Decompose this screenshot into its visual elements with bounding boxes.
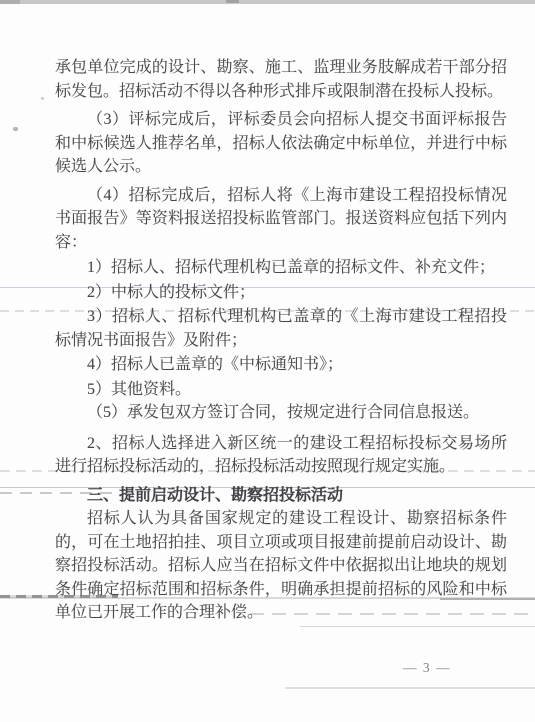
body-paragraph-item-5: （5）承发包双方签订合同，按规定进行合同信息报送。 bbox=[55, 401, 507, 425]
document-body: 承包单位完成的设计、勘察、施工、监理业务肢解成若干部分招标发包。招标活动不得以各… bbox=[55, 56, 507, 625]
scan-streak bbox=[285, 687, 535, 689]
body-list-item-5: 5）其他资料。 bbox=[55, 378, 507, 402]
body-paragraph-clause-2: 2、招标人选择进入新区统一的建设工程招标投标交易场所进行招标投标活动的，招标投标… bbox=[55, 432, 507, 479]
scan-speck bbox=[41, 97, 44, 100]
scan-streak bbox=[300, 626, 535, 627]
scanned-document-page: 承包单位完成的设计、勘察、施工、监理业务肢解成若干部分招标发包。招标活动不得以各… bbox=[0, 0, 535, 722]
scan-artifact-top-edge-dash bbox=[226, 0, 239, 3]
scan-speck bbox=[13, 127, 18, 131]
body-list-item-3: 3）招标人、招标代理机构已盖章的《上海市建设工程招投标情况书面报告》及附件； bbox=[55, 305, 507, 352]
section-heading: 三、提前启动设计、勘察招投标活动 bbox=[55, 484, 507, 508]
scan-artifact-top-edge bbox=[0, 0, 535, 4]
body-paragraph-item-4: （4）招标完成后，招标人将《上海市建设工程招投标情况书面报告》等资料报送招投标监… bbox=[55, 184, 507, 255]
body-paragraph-item-3: （3）评标完成后，评标委员会向招标人提交书面评标报告和中标候选人推荐名单，招标人… bbox=[55, 108, 507, 179]
body-paragraph-continuation: 承包单位完成的设计、勘察、施工、监理业务肢解成若干部分招标发包。招标活动不得以各… bbox=[55, 56, 507, 103]
body-list-item-4: 4）招标人已盖章的《中标通知书》； bbox=[55, 353, 507, 377]
body-list-item-2: 2）中标人的投标文件； bbox=[55, 281, 507, 305]
page-number: — 3 — bbox=[396, 660, 458, 676]
body-paragraph-section-3: 招标人认为具备国家规定的建设工程设计、勘察招标条件的，可在土地招拍挂、项目立项或… bbox=[55, 507, 507, 625]
body-list-item-1: 1）招标人、招标代理机构已盖章的招标文件、补充文件； bbox=[55, 256, 507, 280]
scan-artifact-top-edge-left bbox=[0, 0, 20, 4]
